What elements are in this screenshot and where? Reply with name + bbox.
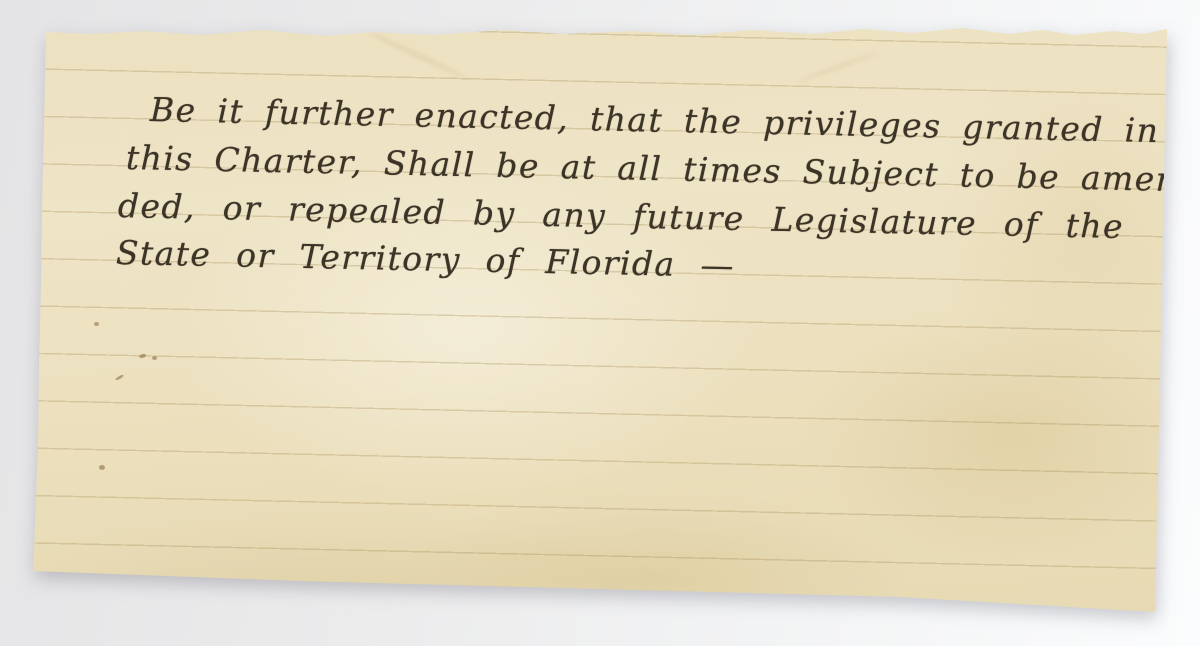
ink-speck: [152, 356, 157, 360]
handwriting-text: Be it further enacted, that the privileg…: [33, 25, 1168, 613]
scan-background: Be it further enacted, that the privileg…: [0, 0, 1200, 646]
handwriting-line-4: State or Territory of Florida —: [116, 231, 736, 288]
paper-sheet: Be it further enacted, that the privileg…: [33, 25, 1168, 613]
manuscript-paper: Be it further enacted, that the privileg…: [33, 25, 1168, 613]
ink-speck: [99, 465, 105, 470]
ink-speck: [94, 322, 99, 326]
